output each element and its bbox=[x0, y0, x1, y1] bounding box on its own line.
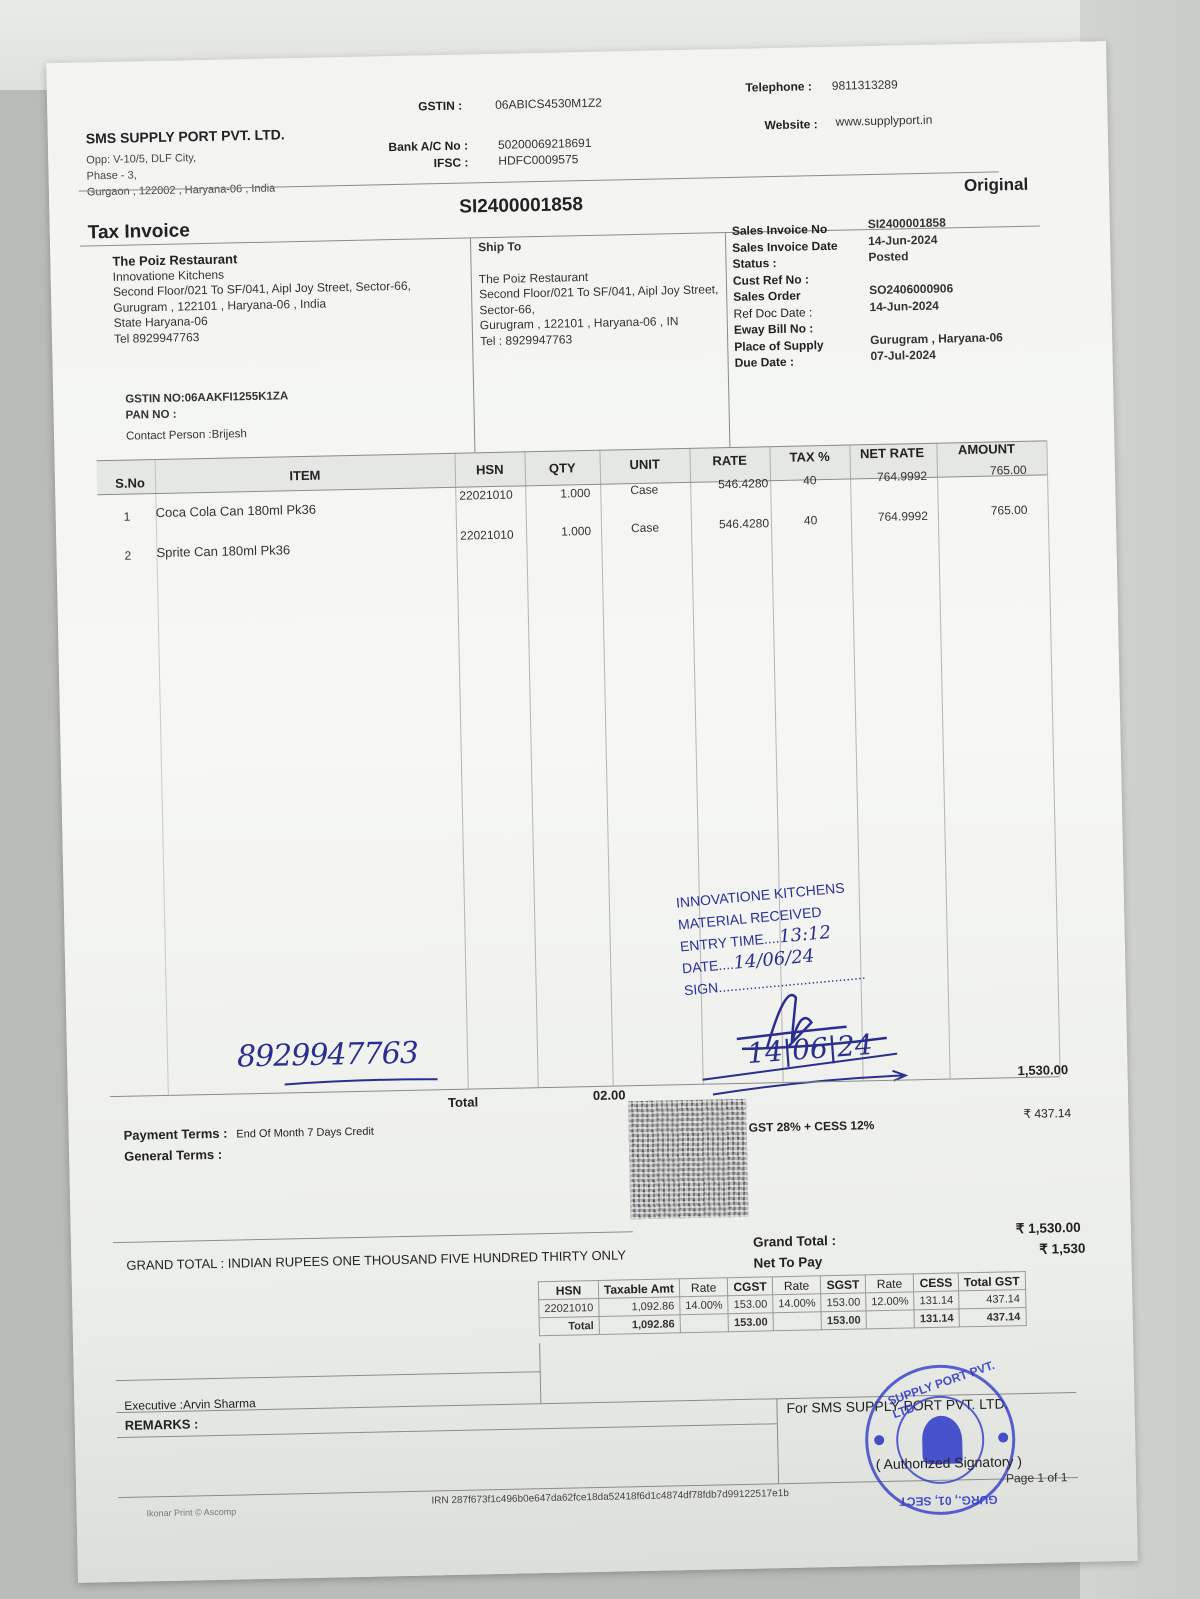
irn-number: IRN 287f673f1c496b0e647da62fce18da52418f… bbox=[431, 1488, 789, 1506]
invoice-paper: SMS SUPPLY PORT PVT. LTD. Opp: V-10/5, D… bbox=[46, 41, 1138, 1583]
qr-code bbox=[628, 1099, 748, 1219]
row-unit: Case bbox=[630, 483, 658, 498]
row-tax: 40 bbox=[804, 513, 818, 527]
divider bbox=[725, 232, 731, 447]
gst-total-cell bbox=[773, 1312, 822, 1331]
total-amount: 1,530.00 bbox=[1017, 1062, 1068, 1078]
gst-total-cell: 1,092.86 bbox=[599, 1315, 680, 1335]
gst-col-header: Total GST bbox=[958, 1272, 1025, 1291]
gst-total-label: Total bbox=[539, 1316, 599, 1335]
bill-to-contact: Contact Person :Brijesh bbox=[126, 425, 289, 444]
row-sno: 2 bbox=[124, 549, 131, 563]
divider bbox=[116, 1371, 541, 1381]
divider bbox=[113, 1231, 633, 1243]
company-name: SMS SUPPLY PORT PVT. LTD. bbox=[86, 126, 285, 146]
bill-to-pan: PAN NO : bbox=[125, 404, 288, 423]
handwritten-entry-time: 13:12 bbox=[778, 922, 832, 948]
col-line bbox=[524, 451, 538, 1087]
divider bbox=[539, 1343, 541, 1403]
gst-col-header: Rate bbox=[772, 1276, 821, 1295]
ifsc-value: HDFC0009575 bbox=[498, 152, 578, 168]
document-title: Tax Invoice bbox=[88, 220, 191, 244]
gst-cell: 1,092.86 bbox=[599, 1297, 680, 1317]
bill-to-block: The Poiz Restaurant Innovatione Kitchens… bbox=[112, 248, 412, 347]
stamp-label: DATE.... bbox=[681, 956, 734, 977]
website-label: Website : bbox=[708, 117, 818, 133]
meta-value: 07-Jul-2024 bbox=[870, 345, 1003, 364]
row-item: Coca Cola Can 180ml Pk36 bbox=[155, 502, 316, 520]
row-sno: 1 bbox=[124, 510, 131, 524]
row-qty: 1.000 bbox=[560, 486, 590, 501]
gst-cell: 153.00 bbox=[821, 1293, 866, 1312]
gst-col-header: Taxable Amt bbox=[598, 1279, 679, 1299]
ifsc-label: IFSC : bbox=[358, 155, 468, 171]
invoice-number: SI2400001858 bbox=[459, 194, 583, 219]
bank-label: Bank A/C No : bbox=[358, 138, 468, 154]
grand-total-label: Grand Total : bbox=[753, 1233, 836, 1250]
gst-cell: 437.14 bbox=[959, 1290, 1026, 1309]
invoice-meta-labels: Sales Invoice No Sales Invoice Date Stat… bbox=[732, 221, 840, 372]
seal-dot bbox=[998, 1432, 1008, 1442]
col-header-rate: RATE bbox=[690, 452, 770, 469]
divider bbox=[117, 1423, 777, 1438]
bill-to-gstin: GSTIN NO:06AAKFI1255K1ZA bbox=[125, 388, 288, 407]
gst-col-header: Rate bbox=[679, 1278, 728, 1297]
tax-summary-value: ₹ 437.14 bbox=[1023, 1106, 1071, 1121]
gst-cell: 12.00% bbox=[866, 1292, 915, 1311]
company-seal: SUPPLY PORT PVT. LTD. GURG., 01, SECT bbox=[864, 1363, 1017, 1516]
page-indicator: Page 1 of 1 bbox=[1006, 1470, 1068, 1485]
row-net-rate: 764.9992 bbox=[877, 469, 927, 484]
total-qty: 02.00 bbox=[593, 1087, 626, 1103]
gst-total-cell bbox=[680, 1314, 729, 1333]
amount-in-words: GRAND TOTAL : INDIAN RUPEES ONE THOUSAND… bbox=[126, 1247, 626, 1272]
row-item: Sprite Can 180ml Pk36 bbox=[156, 542, 290, 560]
col-header-tax: TAX % bbox=[769, 449, 849, 466]
gstin-value: 06ABICS4530M1Z2 bbox=[495, 96, 602, 112]
row-unit: Case bbox=[631, 521, 659, 536]
gst-total-cell: 131.14 bbox=[914, 1309, 959, 1328]
meta-label: Due Date : bbox=[734, 353, 840, 372]
remarks-label: REMARKS : bbox=[125, 1416, 199, 1433]
gst-breakup-table: HSN Taxable Amt Rate CGST Rate SGST Rate… bbox=[538, 1271, 1027, 1336]
gst-cell: 22021010 bbox=[539, 1298, 599, 1317]
grand-total-value: ₹ 1,530.00 bbox=[1016, 1220, 1081, 1237]
meta-value: Gurugram , Haryana-06 bbox=[870, 329, 1003, 348]
gst-cell: 153.00 bbox=[728, 1295, 773, 1314]
seal-dot bbox=[874, 1435, 884, 1445]
gstin-label: GSTIN : bbox=[352, 99, 462, 115]
net-to-pay-label: Net To Pay bbox=[753, 1254, 822, 1270]
col-header-hsn: HSN bbox=[455, 461, 525, 477]
gst-total-cell bbox=[866, 1310, 915, 1329]
gst-col-header: Rate bbox=[865, 1274, 914, 1293]
row-net-rate: 764.9992 bbox=[878, 509, 928, 524]
row-amount: 765.00 bbox=[991, 503, 1028, 518]
payment-terms-value: End Of Month 7 Days Credit bbox=[236, 1126, 374, 1141]
gst-col-header: HSN bbox=[538, 1280, 598, 1299]
authorized-signatory: ( Authorized Signatory ) bbox=[876, 1453, 1023, 1472]
website-link[interactable]: www.supplyport.in bbox=[835, 113, 932, 129]
col-header-qty: QTY bbox=[525, 460, 600, 477]
col-header-amount: AMOUNT bbox=[936, 441, 1036, 458]
row-hsn: 22021010 bbox=[460, 528, 514, 543]
underline bbox=[282, 1073, 442, 1090]
row-hsn: 22021010 bbox=[459, 488, 513, 503]
executive-name: Executive :Arvin Sharma bbox=[124, 1396, 256, 1413]
col-line bbox=[454, 453, 468, 1089]
col-header-net-rate: NET RATE bbox=[849, 445, 934, 462]
divider bbox=[776, 1398, 779, 1483]
row-amount: 765.00 bbox=[990, 463, 1027, 478]
gst-cell: 131.14 bbox=[914, 1291, 959, 1310]
terms-block: Payment Terms : End Of Month 7 Days Cred… bbox=[123, 1122, 374, 1164]
gst-total-cell: 153.00 bbox=[728, 1313, 773, 1332]
total-label: Total bbox=[448, 1094, 478, 1110]
col-header-unit: UNIT bbox=[600, 456, 690, 473]
tax-summary-label: GST 28% + CESS 12% bbox=[749, 1118, 875, 1135]
ship-to-block: Ship To The Poiz Restaurant Second Floor… bbox=[478, 235, 719, 349]
gst-cell: 14.00% bbox=[773, 1294, 822, 1313]
col-line bbox=[936, 443, 950, 1079]
bill-to-tax-ids: GSTIN NO:06AAKFI1255K1ZA PAN NO : Contac… bbox=[125, 388, 289, 444]
col-header-sno: S.No bbox=[105, 475, 155, 491]
gst-total-cell: 153.00 bbox=[821, 1311, 866, 1330]
gst-col-header: CGST bbox=[728, 1277, 773, 1296]
software-credit: Ikonar Print © Ascomp bbox=[146, 1507, 236, 1519]
copy-type: Original bbox=[964, 175, 1029, 196]
net-to-pay-value: ₹ 1,530 bbox=[1039, 1241, 1085, 1258]
gst-col-header: SGST bbox=[821, 1275, 866, 1294]
handwritten-phone: 8929947763 bbox=[237, 1036, 419, 1075]
gst-total-cell: 437.14 bbox=[959, 1308, 1026, 1327]
row-tax: 40 bbox=[803, 473, 817, 487]
seal-bottom-text: GURG., 01, SECT bbox=[899, 1493, 997, 1509]
ship-to-label: Ship To bbox=[478, 235, 718, 256]
row-rate: 546.4280 bbox=[719, 516, 769, 531]
bank-account: 50200069218691 bbox=[498, 136, 592, 152]
telephone-label: Telephone : bbox=[702, 79, 812, 95]
meta-label: Sales Invoice Date bbox=[732, 237, 838, 256]
payment-terms-label: Payment Terms : bbox=[124, 1126, 228, 1143]
row-rate: 546.4280 bbox=[718, 476, 768, 491]
company-address: Opp: V-10/5, DLF City, Phase - 3, Gurgao… bbox=[86, 149, 275, 201]
col-line bbox=[1046, 440, 1060, 1076]
row-qty: 1.000 bbox=[561, 524, 591, 539]
gst-col-header: CESS bbox=[913, 1273, 958, 1292]
invoice-meta-values: SI2400001858 14-Jun-2024 Posted SO240600… bbox=[868, 213, 1004, 364]
divider bbox=[470, 237, 476, 452]
col-line bbox=[599, 450, 613, 1086]
meta-label: Sales Invoice No bbox=[732, 221, 838, 240]
gst-cell: 14.00% bbox=[680, 1296, 729, 1315]
telephone-value: 9811313289 bbox=[832, 77, 898, 92]
general-terms-label: General Terms : bbox=[124, 1144, 375, 1164]
